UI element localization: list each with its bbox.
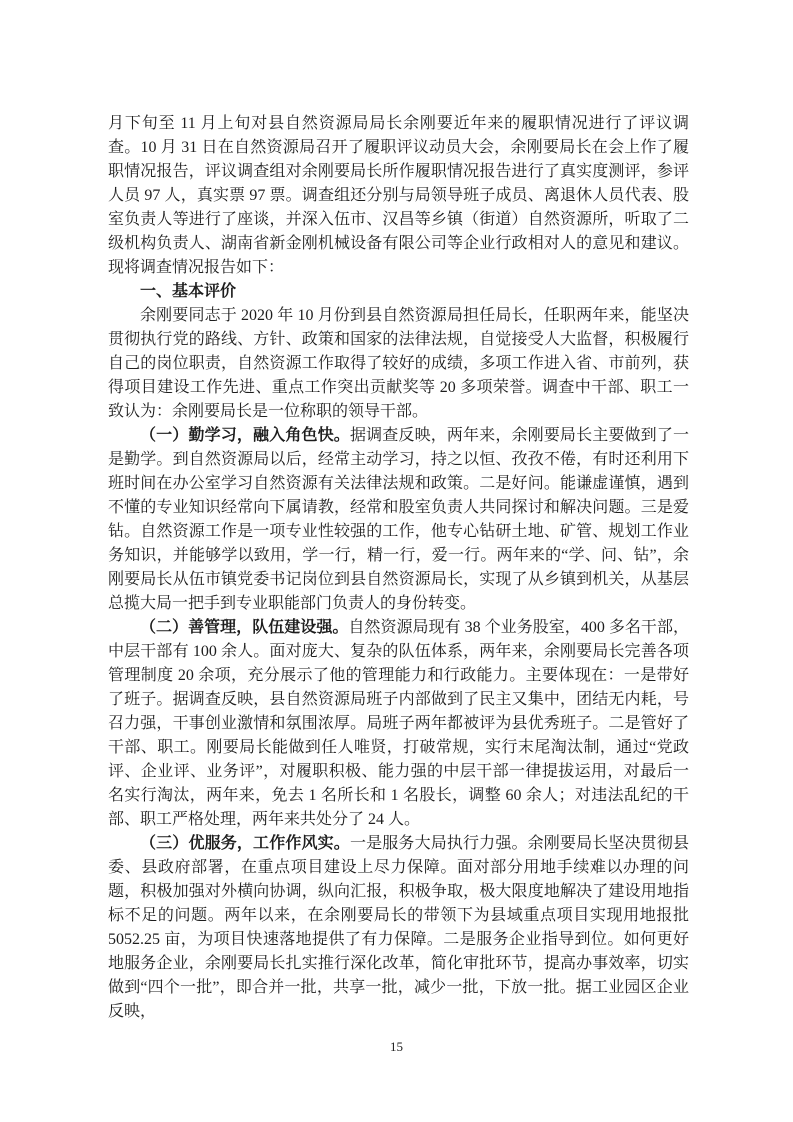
page-number: 15	[0, 1038, 793, 1056]
paragraph-overview: 余刚要同志于 2020 年 10 月份到县自然资源局担任局长，任职两年来，能坚决…	[108, 304, 689, 424]
paragraph-point-2: （二）善管理，队伍建设强。自然资源局现有 38 个业务股室，400 多名干部，中…	[108, 616, 689, 832]
paragraph-point-1: （一）勤学习，融入角色快。据调查反映，两年来，余刚要局长主要做到了一是勤学。到自…	[108, 424, 689, 616]
paragraph-lead: （三）优服务，工作作风实。	[140, 835, 350, 852]
paragraph-text: 据调查反映，两年来，余刚要局长主要做到了一是勤学。到自然资源局以后，经常主动学习…	[108, 427, 689, 612]
paragraph-text: 月下旬至 11 月上旬对县自然资源局局长余刚要近年来的履职情况进行了评议调查。1…	[108, 115, 689, 276]
paragraph-text: 自然资源局现有 38 个业务股室，400 多名干部，中层干部有 100 余人。面…	[108, 619, 689, 828]
document-page: 月下旬至 11 月上旬对县自然资源局局长余刚要近年来的履职情况进行了评议调查。1…	[0, 0, 793, 1122]
paragraph-lead: （二）善管理，队伍建设强。	[140, 619, 348, 636]
paragraph-intro: 月下旬至 11 月上旬对县自然资源局局长余刚要近年来的履职情况进行了评议调查。1…	[108, 112, 689, 280]
paragraph-point-3: （三）优服务，工作作风实。一是服务大局执行力强。余刚要局长坚决贯彻县委、县政府部…	[108, 832, 689, 1024]
document-body: 月下旬至 11 月上旬对县自然资源局局长余刚要近年来的履职情况进行了评议调查。1…	[108, 112, 689, 1024]
paragraph-text: 一是服务大局执行力强。余刚要局长坚决贯彻县委、县政府部署，在重点项目建设上尽力保…	[108, 835, 689, 1020]
section-heading-basic-evaluation: 一、基本评价	[108, 280, 689, 304]
paragraph-lead: （一）勤学习，融入角色快。	[140, 427, 350, 444]
paragraph-text: 余刚要同志于 2020 年 10 月份到县自然资源局担任局长，任职两年来，能坚决…	[108, 307, 689, 420]
